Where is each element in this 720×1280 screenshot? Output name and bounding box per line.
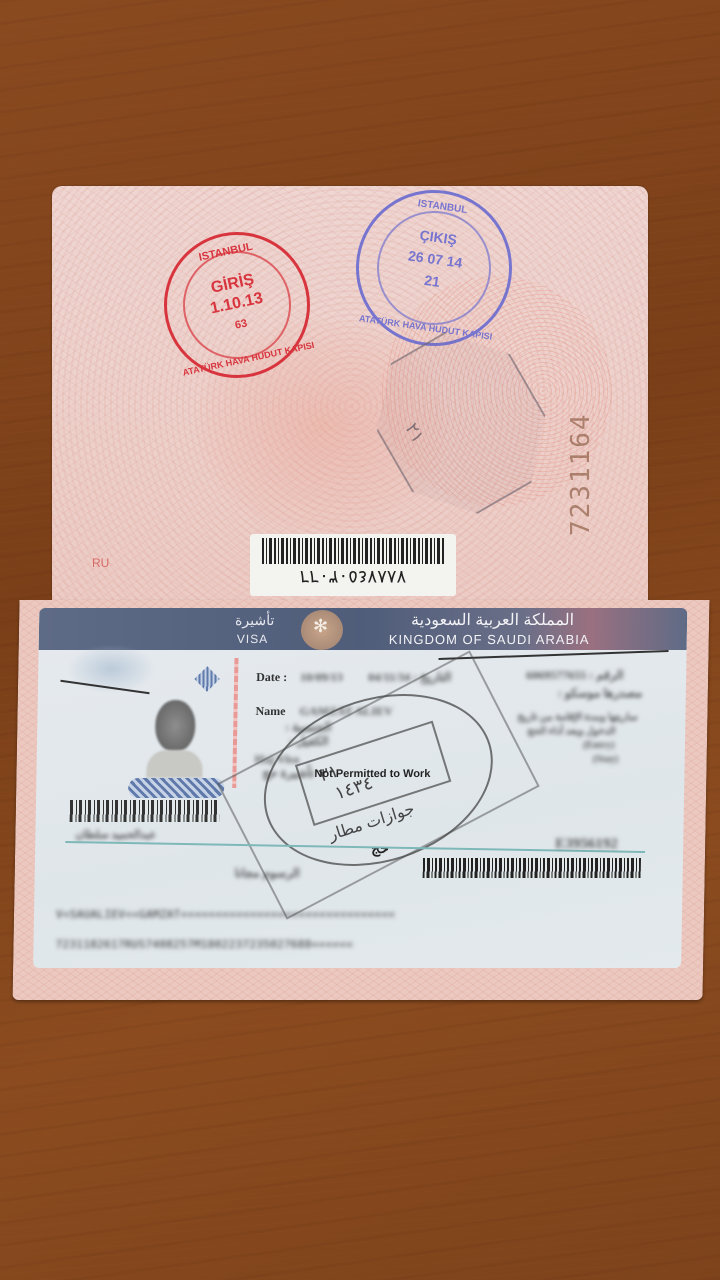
saudi-crest-icon: ✻ [301, 610, 344, 650]
fees-text: الرسوم مجانا [235, 866, 300, 881]
security-strip [232, 658, 238, 788]
holder-name-arabic: عبدالحميد سلطان [75, 828, 156, 841]
visa-number: 6069577655 : الرقم [526, 668, 624, 683]
hologram-diamond-icon [194, 666, 219, 691]
visa-barcode [423, 858, 641, 878]
perforated-passport-number: 7231164 [566, 276, 596, 536]
page-code: RU [92, 556, 109, 570]
country-name: KINGDOM OF SAUDI ARABIA [389, 632, 590, 647]
table-surface: ISTANBUL GİRİŞ 1.10.13 63 ATATÜRK HAVA H… [0, 0, 720, 1280]
barcode-sticker: ٧٨٨٧٤٥٠٣٠٦٦ [250, 534, 456, 596]
visa-header: تأشيرة VISA ✻ المملكة العربية السعودية K… [39, 608, 688, 650]
date-value: 10/09/13 [300, 670, 343, 685]
photo-barcode [70, 800, 220, 822]
hologram-band [128, 778, 224, 798]
holder-photo [144, 700, 205, 780]
date-label: Date : [256, 670, 287, 685]
passport-stamp-page: ISTANBUL GİRİŞ 1.10.13 63 ATATÜRK HAVA H… [52, 186, 648, 600]
saudi-visa-sticker: تأشيرة VISA ✻ المملكة العربية السعودية K… [33, 608, 687, 968]
passport-visa-page: تأشيرة VISA ✻ المملكة العربية السعودية K… [13, 600, 710, 1000]
name-label: Name [255, 704, 285, 719]
work-restriction-note: Not Permitted to Work [314, 768, 430, 780]
passport-number: E3956192 [555, 836, 618, 853]
mrz-line-1: V<SAUALIEV<<GAMZAT<<<<<<<<<<<<<<<<<<<<<<… [56, 908, 395, 921]
barcode [262, 538, 444, 564]
issued-from: : مصدرها موسكو [558, 686, 643, 701]
mrz-line-2: 7231182617RUS7408257M1802237235027688<<<… [55, 938, 353, 951]
visa-label: VISA [237, 632, 269, 646]
barcode-number: ٧٨٨٧٤٥٠٣٠٦٦ [258, 566, 448, 587]
